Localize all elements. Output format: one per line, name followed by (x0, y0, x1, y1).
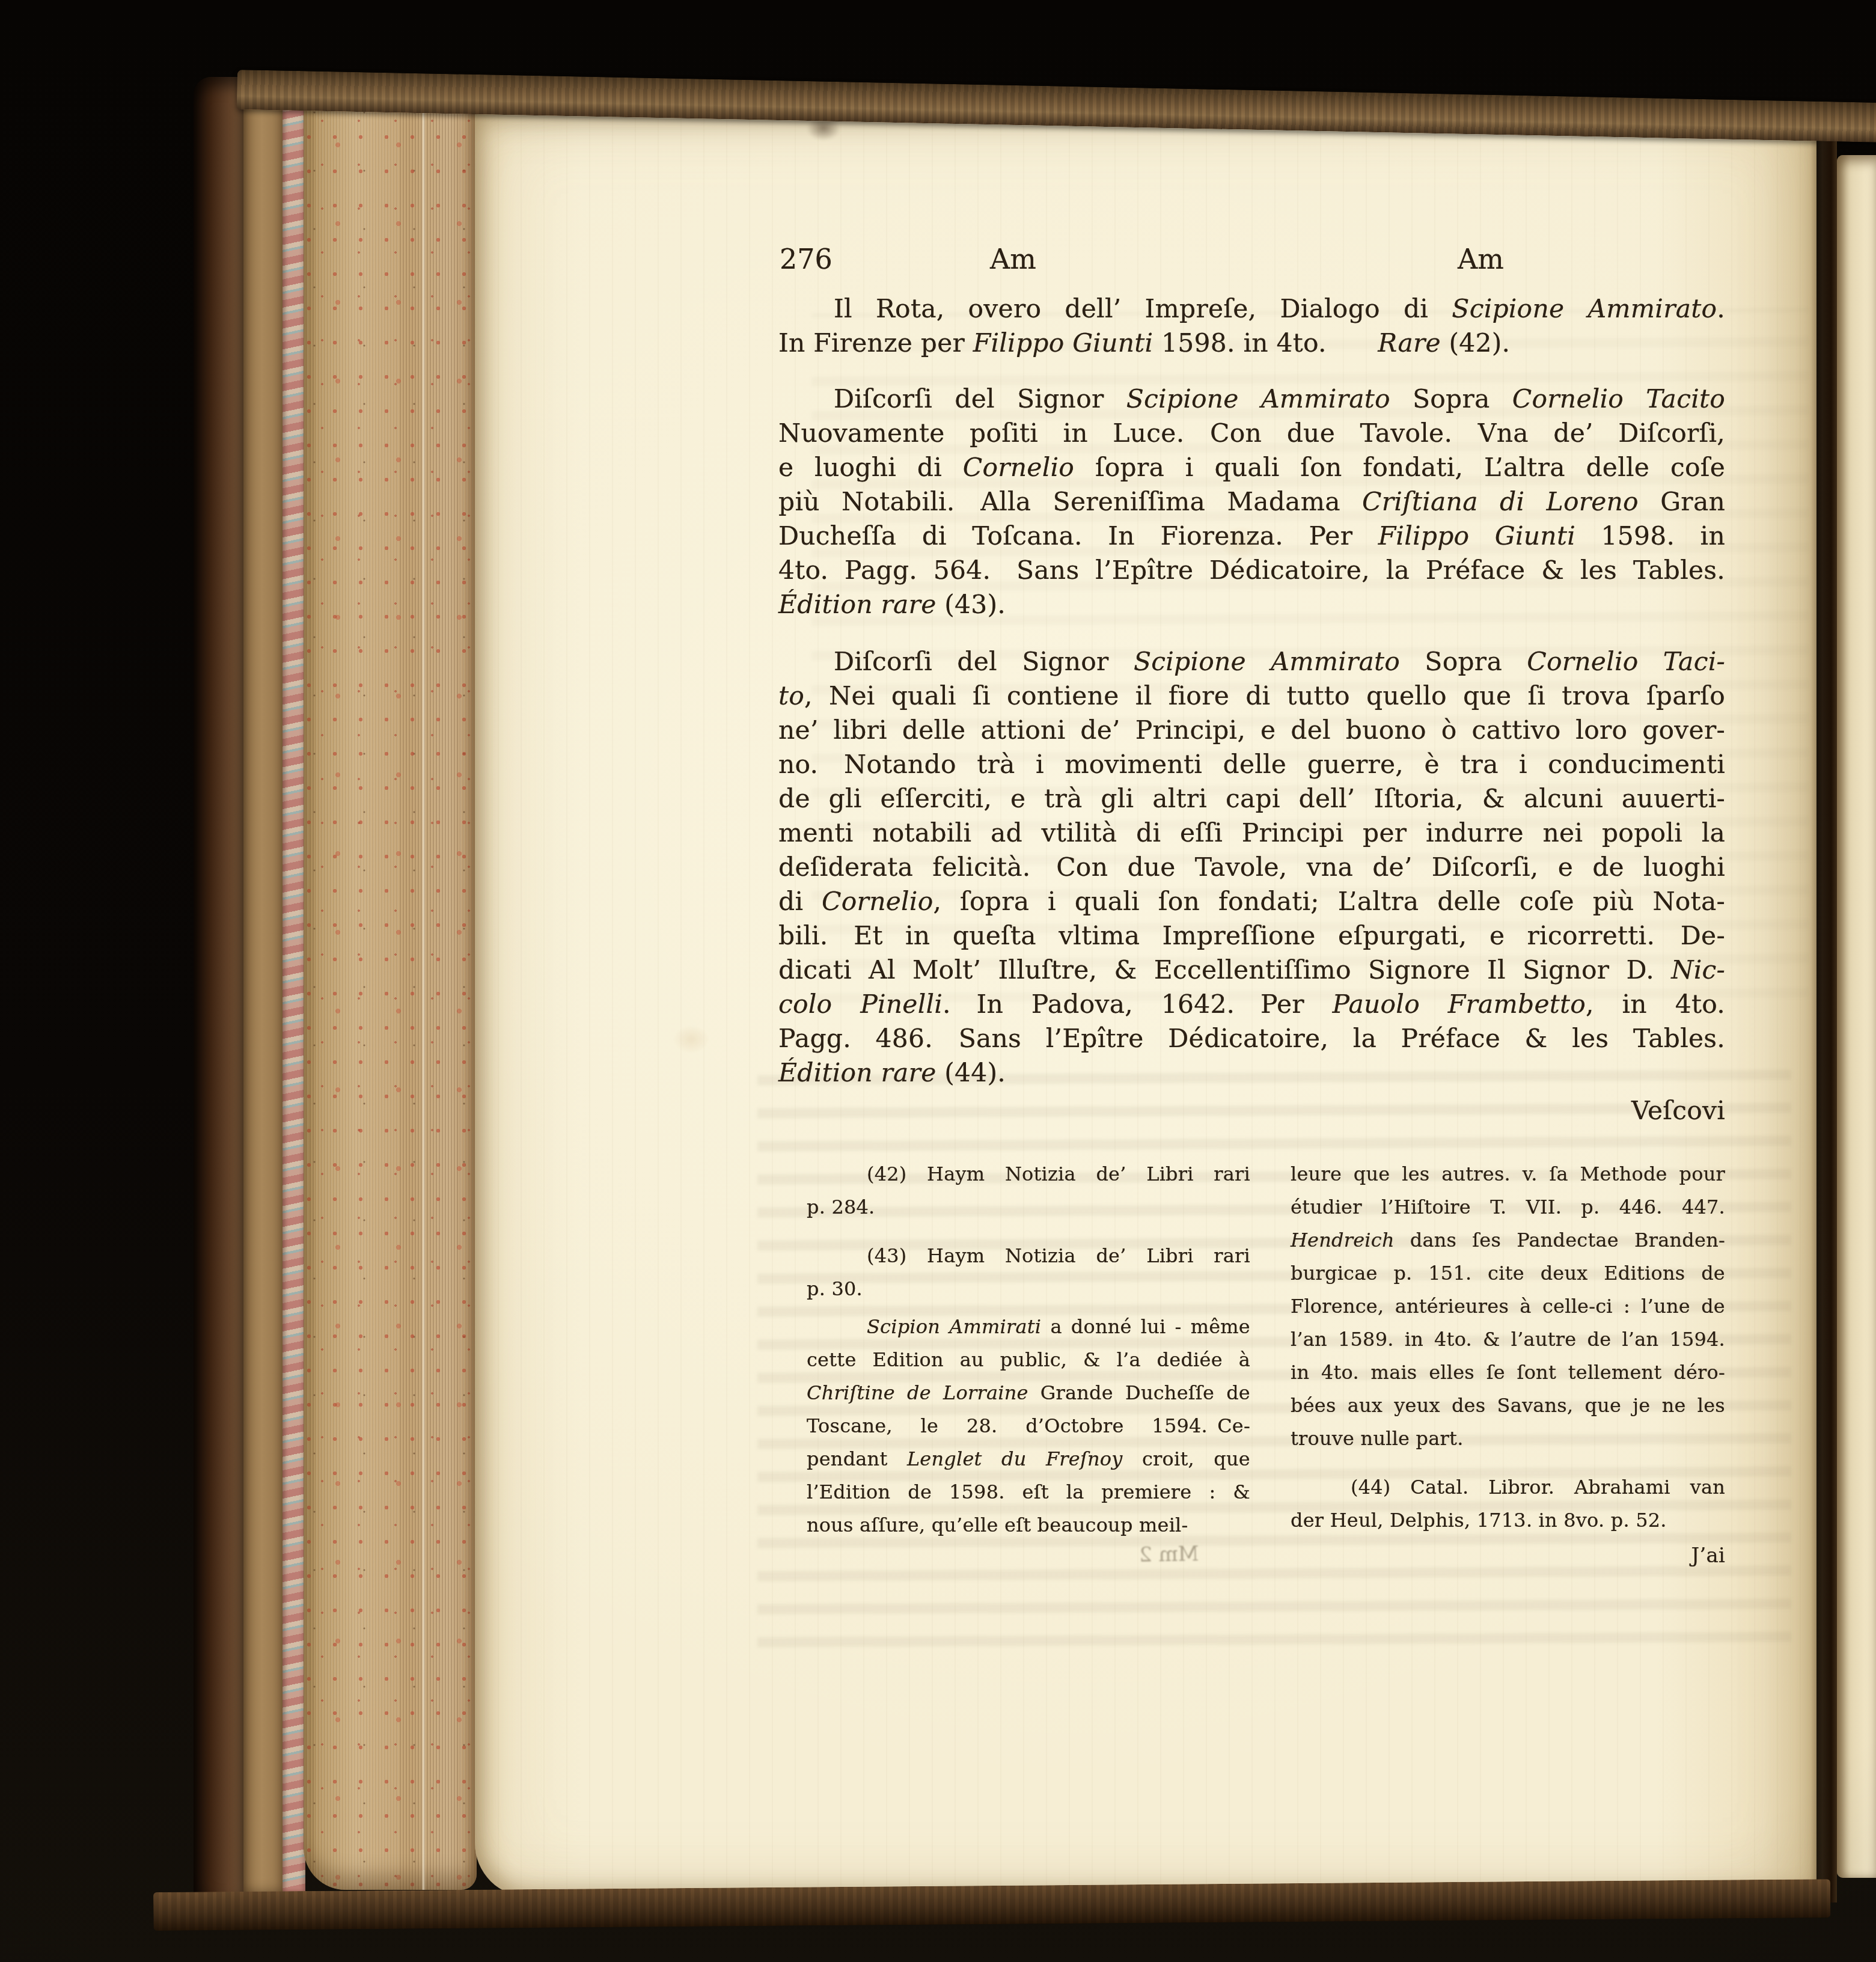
italic-text-segment: to (778, 682, 804, 711)
footnotes-left-column: (42) Haym Notizia de’ Libri rarip. 284. … (807, 1158, 1250, 1542)
italic-text-segment: Scipione Ammirato (1452, 295, 1717, 324)
text-segment: , in 4to. (1586, 990, 1725, 1019)
text-line: p. 284. (807, 1191, 1250, 1224)
text-line: Chriſtine de Lorraine Grande Ducheſſe de (807, 1377, 1250, 1410)
text-line: leure que les autres. v. ſa Methode pour (1291, 1158, 1725, 1191)
italic-text-segment: Filippo Giunti (973, 329, 1153, 358)
text-segment: (42) Haym Notizia de’ Libri rari (867, 1163, 1250, 1185)
text-line: Pagg. 486. Sans l’Epître Dédicatoire, la… (778, 1022, 1725, 1056)
text-segment: Grande Ducheſſe de (1028, 1381, 1250, 1404)
italic-text-segment: colo Pinelli (778, 990, 943, 1019)
italic-text-segment: Scipione Ammirato (1134, 647, 1400, 677)
italic-text-segment: Cornelio Tacito (1512, 385, 1725, 414)
italic-text-segment: Scipione Ammirato (1126, 385, 1390, 414)
text-segment: 4to. Pagg. 564. Sans l’Epître Dédicatoir… (778, 556, 1725, 585)
text-line: più Notabili. Alla Sereniſſima Madama Cr… (778, 485, 1725, 519)
text-line: no. Notando trà i movimenti delle guerre… (778, 748, 1725, 782)
scanned-book-photo: 276 Am Am Il Rota, overo dell’ Impreſe, … (0, 0, 1876, 1962)
book-gutter-shadow (1810, 141, 1837, 1902)
text-segment: (44) Catal. Libror. Abrahami van (1351, 1476, 1725, 1499)
italic-text-segment: Nic- (1671, 956, 1725, 985)
text-segment: menti notabili ad vtilità di eſſi Princi… (778, 819, 1725, 848)
text-line: Toscane, le 28. d’Octobre 1594. Ce- (807, 1410, 1250, 1443)
text-segment: p. 30. (807, 1277, 863, 1300)
entry-paragraph-discorsi-1598: Diſcorſi del Signor Scipione Ammirato So… (778, 382, 1725, 622)
page-header: 276 Am Am (778, 243, 1725, 280)
text-line: Ducheſſa di Toſcana. In Fiorenza. Per Fi… (778, 519, 1725, 554)
text-line: nous aſſure, qu’elle eſt beaucoup meil- (807, 1509, 1250, 1542)
catchword-jai: J’ai (1291, 1539, 1725, 1572)
text-segment: de gli eſſerciti, e trà gli altri capi d… (778, 784, 1725, 814)
marbled-endpaper-edge (283, 91, 305, 1892)
text-line: Édition rare (44). (778, 1056, 1725, 1090)
text-line: der Heul, Delphis, 1713. in 8vo. p. 52. (1291, 1504, 1725, 1537)
text-line: de gli eſſerciti, e trà gli altri capi d… (778, 782, 1725, 816)
text-segment: (42). (1441, 329, 1510, 358)
italic-text-segment: Cornelio (822, 887, 933, 917)
text-line: burgicae p. 151. cite deux Editions de (1291, 1257, 1725, 1290)
text-segment: . In Padova, 1642. Per (943, 990, 1333, 1019)
text-segment: , ſopra i quali ſon fondati; L’altra del… (933, 887, 1725, 917)
text-line: pendant Lenglet du Freſnoy croit, que (807, 1443, 1250, 1476)
italic-text-segment: Filippo Giunti (1378, 522, 1575, 551)
italic-text-segment: Rare (1378, 329, 1441, 358)
text-line: di Cornelio, ſopra i quali ſon fondati; … (778, 885, 1725, 919)
text-segment: p. 284. (807, 1196, 875, 1218)
text-segment: leure que les autres. v. ſa Methode pour (1291, 1163, 1725, 1185)
text-line: bili. Et in queſta vltima Impreſſione eſ… (778, 919, 1725, 953)
text-segment: Sopra (1400, 647, 1527, 677)
text-line: deſiderata felicità. Con due Tavole, vna… (778, 851, 1725, 885)
text-segment: Ducheſſa di Toſcana. In Fiorenza. Per (778, 522, 1378, 551)
text-line: to, Nei quali ſi contiene il fiore di tu… (778, 679, 1725, 714)
footnotes-right-column: leure que les autres. v. ſa Methode pour… (1291, 1158, 1725, 1572)
text-line: colo Pinelli. In Padova, 1642. Per Pauol… (778, 988, 1725, 1022)
text-segment: di (778, 887, 822, 917)
text-segment: deſiderata felicità. Con due Tavole, vna… (778, 853, 1725, 882)
text-segment: in 4to. mais elles ſe ſont tellement dér… (1291, 1361, 1725, 1384)
footnote-44: (44) Catal. Libror. Abrahami vander Heul… (1291, 1471, 1725, 1537)
running-head-left: Am (990, 243, 1036, 275)
text-segment: Il Rota, overo dell’ Impreſe, Dialogo di (834, 295, 1452, 324)
text-line: Scipion Ammirati a donné lui - même (807, 1310, 1250, 1343)
text-segment: più Notabili. Alla Sereniſſima Madama (778, 487, 1362, 517)
text-segment: l’Edition de 1598. eſt la premiere : & (807, 1481, 1250, 1503)
footnote-43: (43) Haym Notizia de’ Libri rarip. 30. (807, 1239, 1250, 1306)
footnote-42: (42) Haym Notizia de’ Libri rarip. 284. (807, 1158, 1250, 1224)
text-segment: ſopra i quali ſon fondati, L’altra delle… (1074, 453, 1725, 483)
foxing-spot (673, 1025, 709, 1053)
text-line: Diſcorſi del Signor Scipione Ammirato So… (778, 382, 1725, 417)
text-line: (42) Haym Notizia de’ Libri rari (807, 1158, 1250, 1191)
text-line: e luoghi di Cornelio ſopra i quali ſon f… (778, 451, 1725, 485)
text-segment: In Firenze per (778, 329, 973, 358)
text-segment: (43). (936, 590, 1005, 620)
entry-paragraph-il-rota: Il Rota, overo dell’ Impreſe, Dialogo di… (778, 292, 1725, 361)
italic-text-segment: Hendreich (1291, 1229, 1395, 1251)
text-segment: étudier l’Hiſtoire T. VII. p. 446. 447. (1291, 1196, 1725, 1218)
text-segment: nous aſſure, qu’elle eſt beaucoup meil- (807, 1514, 1188, 1536)
printed-text-layer: 276 Am Am Il Rota, overo dell’ Impreſe, … (778, 112, 1725, 1897)
italic-text-segment: Cornelio Taci- (1527, 647, 1725, 677)
text-line: Florence, antérieures à celle-ci : l’une… (1291, 1290, 1725, 1323)
main-text-block: Il Rota, overo dell’ Impreſe, Dialogo di… (778, 292, 1725, 1128)
book-page: 276 Am Am Il Rota, overo dell’ Impreſe, … (475, 112, 1816, 1897)
text-line: ne’ libri delle attioni de’ Principi, e … (778, 714, 1725, 748)
text-line: p. 30. (807, 1273, 1250, 1306)
text-line: Nuovamente poſiti in Luce. Con due Tavol… (778, 417, 1725, 451)
cover-leather-turn-in (243, 84, 284, 1901)
italic-text-segment: Scipion Ammirati (867, 1315, 1041, 1338)
text-line: l’an 1589. in 4to. & l’autre de l’an 159… (1291, 1323, 1725, 1356)
text-line: (43) Haym Notizia de’ Libri rari (807, 1239, 1250, 1273)
text-segment: a donné lui - même (1041, 1315, 1250, 1338)
italic-text-segment: Chriſtine de Lorraine (807, 1381, 1028, 1404)
text-segment: Nuovamente poſiti in Luce. Con due Tavol… (778, 419, 1725, 448)
text-segment: Toscane, le 28. d’Octobre 1594. Ce- (807, 1414, 1250, 1437)
text-line: Il Rota, overo dell’ Impreſe, Dialogo di… (778, 292, 1725, 326)
text-segment: trouve nulle part. (1291, 1427, 1464, 1450)
text-segment: pendant (807, 1447, 907, 1470)
text-line: étudier l’Hiſtoire T. VII. p. 446. 447. (1291, 1191, 1725, 1224)
text-segment: bili. Et in queſta vltima Impreſſione eſ… (778, 921, 1725, 951)
text-line: Hendreich dans ſes Pandectae Branden- (1291, 1224, 1725, 1257)
text-line: (44) Catal. Libror. Abrahami van (1291, 1471, 1725, 1504)
text-segment: burgicae p. 151. cite deux Editions de (1291, 1262, 1725, 1285)
text-segment: bées aux yeux des Savans, que je ne les (1291, 1394, 1725, 1417)
running-head-right: Am (1458, 243, 1504, 275)
text-line: In Firenze per Filippo Giunti 1598. in 4… (778, 326, 1725, 361)
text-line: Diſcorſi del Signor Scipione Ammirato So… (778, 645, 1725, 679)
text-segment: (43) Haym Notizia de’ Libri rari (867, 1244, 1250, 1267)
text-segment: Gran (1639, 487, 1725, 517)
italic-text-segment: Lenglet du Freſnoy (907, 1447, 1123, 1470)
text-segment: cette Edition au public, & l’a dediée à (807, 1348, 1250, 1371)
italic-text-segment: Pauolo Frambetto (1333, 990, 1586, 1019)
text-line: l’Edition de 1598. eſt la premiere : & (807, 1476, 1250, 1509)
text-segment: . (1717, 295, 1725, 324)
footnote-43-continuation: Scipion Ammirati a donné lui - mêmecette… (807, 1310, 1250, 1542)
text-segment: e luoghi di (778, 453, 963, 483)
text-segment: l’an 1589. in 4to. & l’autre de l’an 159… (1291, 1328, 1725, 1351)
text-line: cette Edition au public, & l’a dediée à (807, 1343, 1250, 1377)
text-line: in 4to. mais elles ſe ſont tellement dér… (1291, 1356, 1725, 1389)
page-number: 276 (780, 243, 833, 275)
italic-text-segment: Édition rare (778, 590, 936, 620)
text-segment: ne’ libri delle attioni de’ Principi, e … (778, 716, 1725, 745)
italic-text-segment: Édition rare (778, 1059, 936, 1088)
text-line: dicati Al Molt’ Illuſtre, & Eccellentiſſ… (778, 953, 1725, 988)
facing-page-sliver (1837, 155, 1876, 1878)
text-segment: 1598. in 4to. (1153, 329, 1378, 358)
text-segment: Pagg. 486. Sans l’Epître Dédicatoire, la… (778, 1024, 1725, 1054)
text-segment: 1598. in (1575, 522, 1725, 551)
italic-text-segment: Cornelio (963, 453, 1074, 483)
text-segment: der Heul, Delphis, 1713. in 8vo. p. 52. (1291, 1509, 1667, 1532)
footnote-43-continuation-2: leure que les autres. v. ſa Methode pour… (1291, 1158, 1725, 1455)
text-segment: Florence, antérieures à celle-ci : l’une… (1291, 1295, 1725, 1318)
text-segment: dans ſes Pandectae Branden- (1395, 1229, 1725, 1251)
text-segment: dicati Al Molt’ Illuſtre, & Eccellentiſſ… (778, 956, 1671, 985)
text-segment: no. Notando trà i movimenti delle guerre… (778, 750, 1725, 780)
text-line: 4to. Pagg. 564. Sans l’Epître Dédicatoir… (778, 554, 1725, 588)
showthrough-signature-mark: Mm 2 (1139, 1542, 1199, 1567)
text-segment: (44). (936, 1059, 1005, 1088)
text-segment: croit, que (1123, 1447, 1250, 1470)
page-block-fore-edge (304, 95, 477, 1890)
text-line: trouve nulle part. (1291, 1422, 1725, 1455)
text-line: menti notabili ad vtilità di eſſi Princi… (778, 816, 1725, 851)
text-segment: Diſcorſi del Signor (834, 385, 1126, 414)
book-cover-left-edge (194, 77, 245, 1914)
text-line: Édition rare (43). (778, 588, 1725, 622)
text-segment: Sopra (1390, 385, 1512, 414)
text-line: bées aux yeux des Savans, que je ne les (1291, 1389, 1725, 1422)
text-segment: , Nei quali ſi contiene il fiore di tutt… (804, 682, 1725, 711)
catchword-vescovi: Veſcovi (778, 1094, 1725, 1128)
entry-paragraph-discorsi-1642: Diſcorſi del Signor Scipione Ammirato So… (778, 645, 1725, 1090)
text-segment: Diſcorſi del Signor (834, 647, 1134, 677)
italic-text-segment: Criſtiana di Loreno (1362, 487, 1639, 517)
